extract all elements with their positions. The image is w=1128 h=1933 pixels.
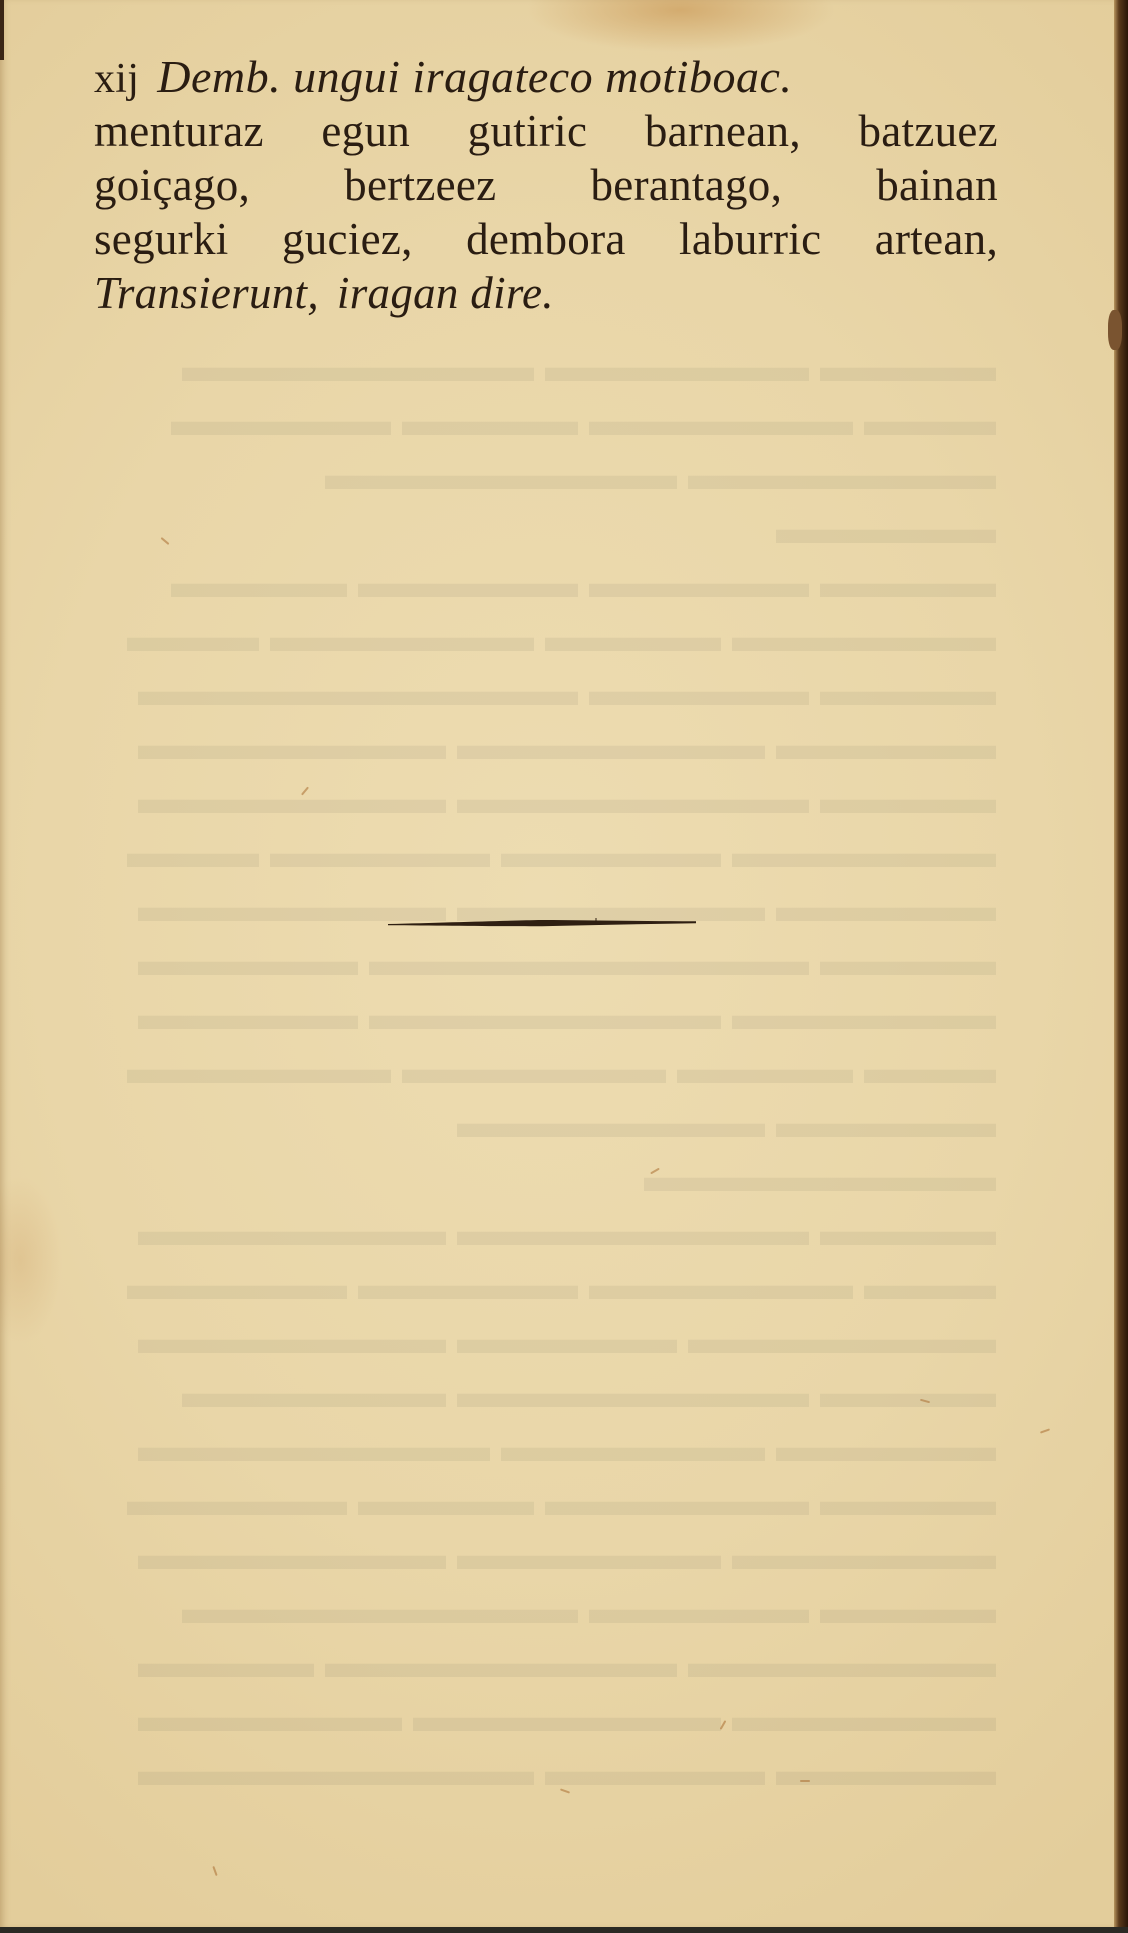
show-through-text: ▬▬▬▬ ▬▬▬▬▬▬ ▬▬▬▬▬▬▬▬ ▬▬▬ ▬▬▬▬▬▬ ▬▬▬▬ ▬▬▬…	[96, 340, 996, 1798]
word: batzuez	[858, 104, 998, 158]
body-line: menturaz egun gutiric barnean, batzuez	[94, 104, 998, 158]
word: egun	[321, 104, 410, 158]
paper-sheet: ▬▬▬▬ ▬▬▬▬▬▬ ▬▬▬▬▬▬▬▬ ▬▬▬ ▬▬▬▬▬▬ ▬▬▬▬ ▬▬▬…	[0, 0, 1118, 1927]
page-number: xij	[94, 52, 139, 106]
word: bertzeez	[344, 158, 496, 212]
word: barnean,	[645, 104, 801, 158]
latin-quote: Transierunt,	[94, 266, 319, 320]
word: artean,	[875, 212, 998, 266]
binding-edge	[1114, 0, 1128, 1933]
word: segurki	[94, 212, 229, 266]
body-line: goiçago, bertzeez berantago, bainan	[94, 158, 998, 212]
word: berantago,	[591, 158, 783, 212]
paper-fiber	[1040, 1428, 1050, 1433]
word: dembora	[466, 212, 626, 266]
word: bainan	[876, 158, 998, 212]
paper-fiber	[800, 1780, 810, 1782]
closing-line: Transierunt, iragan dire.	[94, 266, 994, 320]
running-title: Demb. ungui iragateco motiboac.	[157, 50, 792, 104]
running-header: xij Demb. ungui iragateco motiboac.	[94, 50, 994, 104]
ornamental-rule-icon	[388, 918, 696, 928]
word: gutiric	[468, 104, 588, 158]
page-tear	[1108, 310, 1122, 350]
word: goiçago,	[94, 158, 250, 212]
word: laburric	[679, 212, 821, 266]
body-line: segurki guciez, dembora laburric artean,	[94, 212, 998, 266]
basque-translation: iragan dire.	[337, 266, 554, 320]
word: guciez,	[282, 212, 413, 266]
page-text: xij Demb. ungui iragateco motiboac. ment…	[94, 50, 994, 320]
page-bottom-edge	[0, 1927, 1128, 1933]
scanned-book-page: ▬▬▬▬ ▬▬▬▬▬▬ ▬▬▬▬▬▬▬▬ ▬▬▬ ▬▬▬▬▬▬ ▬▬▬▬ ▬▬▬…	[0, 0, 1128, 1933]
paper-fiber	[212, 1866, 217, 1876]
word: menturaz	[94, 104, 264, 158]
page-left-edge	[0, 0, 4, 60]
